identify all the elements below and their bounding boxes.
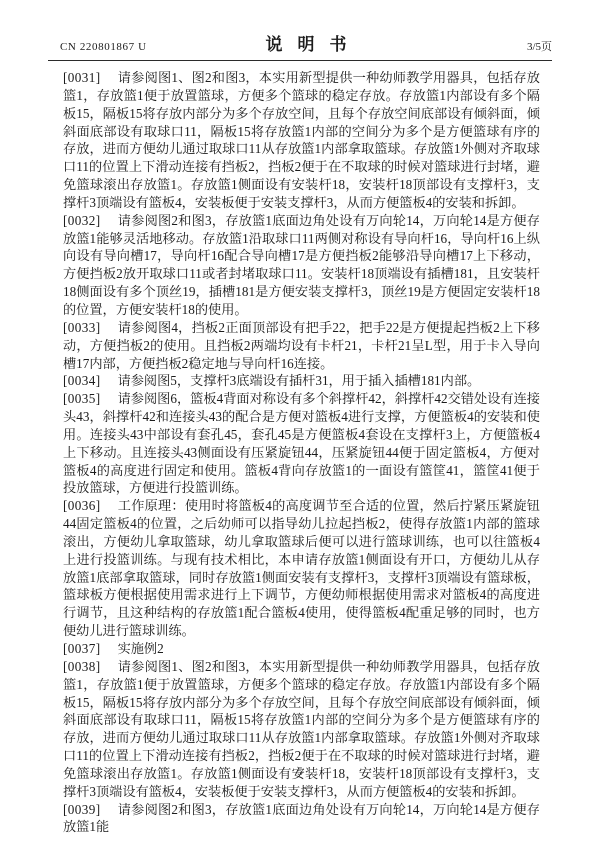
paragraph-text: 请参阅图4，挡板2正面顶部设有把手22，把手22是方便提起挡板2上下移动，方便挡… xyxy=(63,320,540,371)
paragraph-number: [0031] xyxy=(63,70,101,85)
paragraph-number: [0032] xyxy=(63,213,101,228)
paragraph: [0036]工作原理：使用时将篮板4的高度调节至合适的位置，然后拧紧压紧旋钮44… xyxy=(63,497,540,640)
paragraph: [0037]实施例2 xyxy=(63,640,540,658)
paragraph-text: 请参阅图6，篮板4背面对称设有多个斜撑杆42，斜撑杆42交错处设有连接头43，斜… xyxy=(63,391,540,495)
page-number: 5 xyxy=(297,766,303,778)
paragraph-number: [0039] xyxy=(63,802,101,817)
paragraph-text: 请参阅图5，支撑杆3底端设有插杆31，用于插入插槽181内部。 xyxy=(118,373,481,388)
paragraph-text: 实施例2 xyxy=(118,641,164,656)
paragraph-number: [0033] xyxy=(63,320,101,335)
paragraph-text: 工作原理：使用时将篮板4的高度调节至合适的位置，然后拧紧压紧旋钮44固定篮板4的… xyxy=(63,498,540,638)
paragraph-number: [0034] xyxy=(63,373,101,388)
paragraph: [0034]请参阅图5，支撑杆3底端设有插杆31，用于插入插槽181内部。 xyxy=(63,372,540,390)
paragraph-number: [0037] xyxy=(63,641,101,656)
paragraph: [0032]请参阅图2和图3，存放篮1底面边角处设有万向轮14，万向轮14是方便… xyxy=(63,212,540,319)
paragraph: [0039]请参阅图2和图3，存放篮1底面边角处设有万向轮14，万向轮14是方便… xyxy=(63,801,540,837)
patent-specification-page: CN 220801867 U 说明书 3/5页 [0031]请参阅图1、图2和图… xyxy=(0,0,600,849)
paragraph: [0035]请参阅图6，篮板4背面对称设有多个斜撑杆42，斜撑杆42交错处设有连… xyxy=(63,390,540,497)
paragraph-number: [0036] xyxy=(63,498,101,513)
patent-number: CN 220801867 U xyxy=(48,41,266,53)
paragraphs: [0031]请参阅图1、图2和图3，本实用新型提供一种幼师教学用器具，包括存放篮… xyxy=(63,69,540,836)
page-indicator: 3/5页 xyxy=(347,38,553,54)
paragraph-text: 请参阅图1、图2和图3，本实用新型提供一种幼师教学用器具，包括存放篮1，存放篮1… xyxy=(63,70,540,210)
paragraph-number: [0035] xyxy=(63,391,101,406)
paragraph: [0038]请参阅图1、图2和图3，本实用新型提供一种幼师教学用器具，包括存放篮… xyxy=(63,658,540,801)
paragraph-text: 请参阅图2和图3，存放篮1底面边角处设有万向轮14，万向轮14是方便存放篮1能 xyxy=(63,802,540,835)
paragraph: [0031]请参阅图1、图2和图3，本实用新型提供一种幼师教学用器具，包括存放篮… xyxy=(63,69,540,212)
page-footer: 5 xyxy=(0,766,600,778)
paragraph: [0033]请参阅图4，挡板2正面顶部设有把手22，把手22是方便提起挡板2上下… xyxy=(63,319,540,373)
paragraph-text: 请参阅图2和图3，存放篮1底面边角处设有万向轮14，万向轮14是方便存放篮1能够… xyxy=(63,213,540,317)
paragraph-number: [0038] xyxy=(63,659,101,674)
page-header: CN 220801867 U 说明书 3/5页 xyxy=(48,30,552,61)
